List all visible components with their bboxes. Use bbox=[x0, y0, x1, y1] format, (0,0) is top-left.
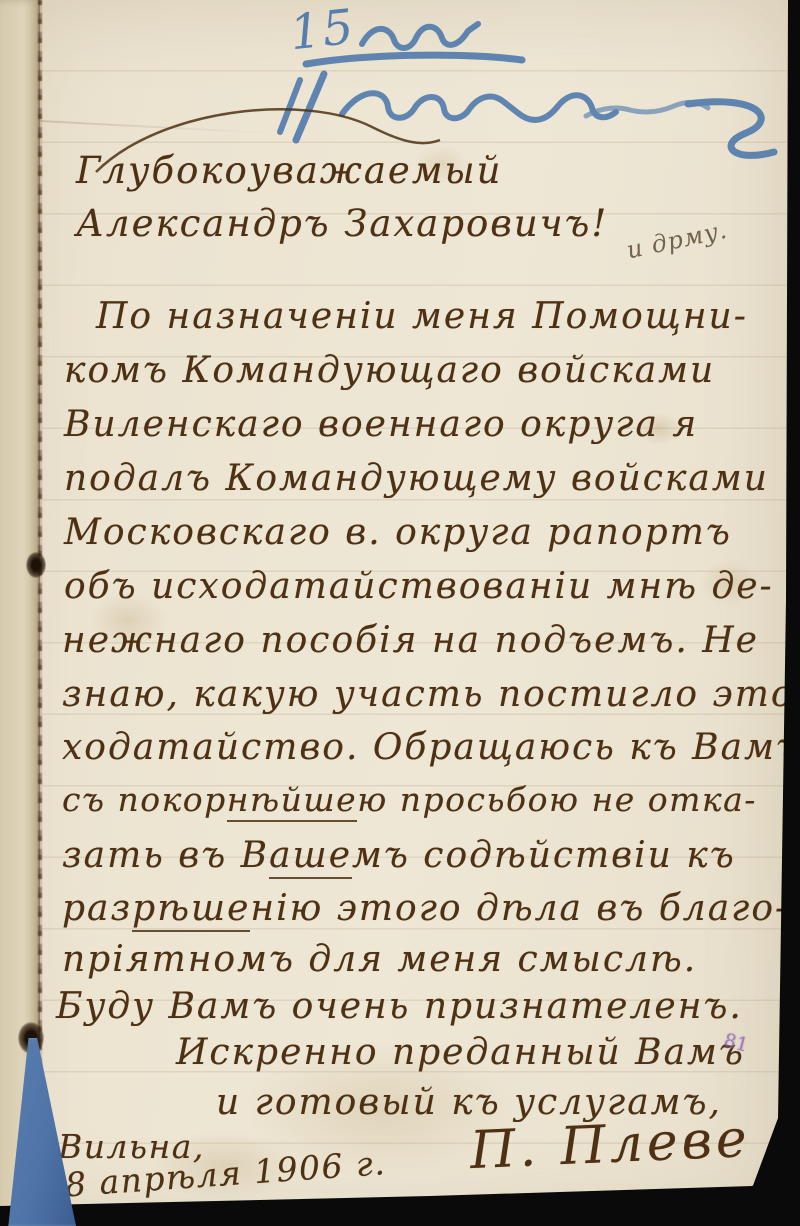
scan-background-bottom bbox=[0, 0, 800, 1226]
scanned-letter-page: { "annotations": { "blue_number": "15", … bbox=[0, 0, 800, 1226]
